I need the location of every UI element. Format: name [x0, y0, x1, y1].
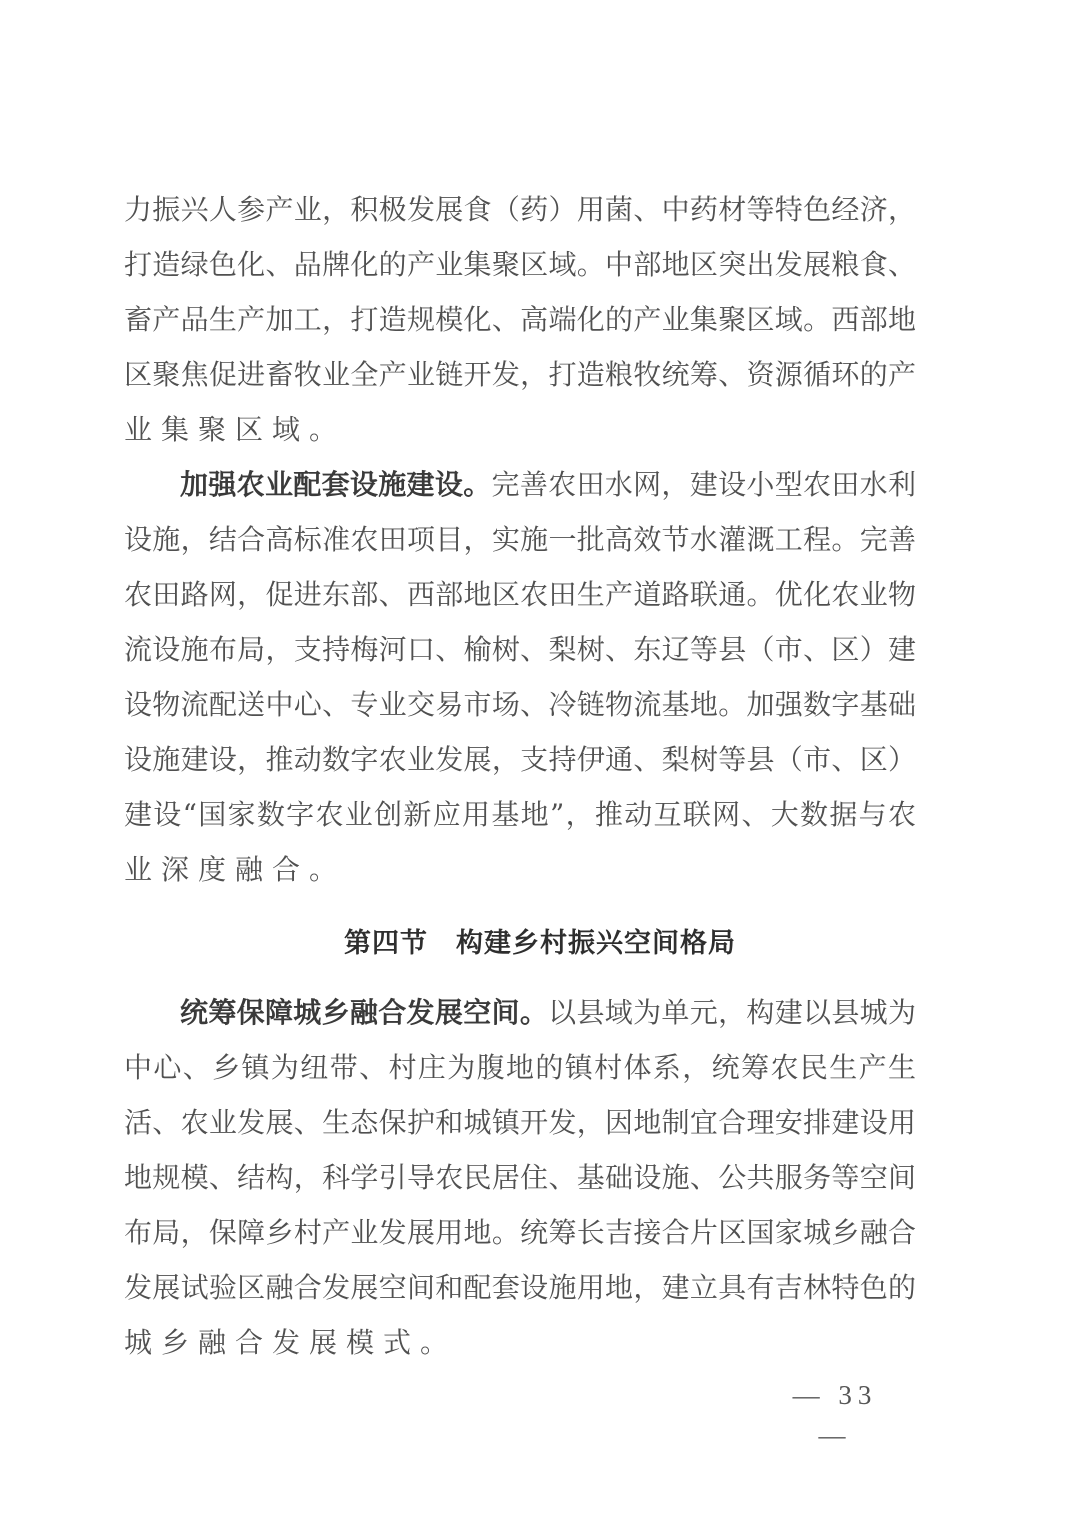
- section-title: 构建乡村振兴空间格局: [456, 928, 736, 959]
- paragraph-3-line-7: 城乡融合发展模式。: [124, 1323, 916, 1363]
- paragraph-2-line-4: 流设施布局，支持梅河口、榆树、梨树、东辽等县（市、区）建: [124, 630, 916, 670]
- section-heading: 第四节构建乡村振兴空间格局: [0, 922, 1080, 966]
- paragraph-3-line-2: 中心、乡镇为纽带、村庄为腹地的镇村体系，统筹农民生产生: [124, 1048, 916, 1088]
- paragraph-3-lead: 统筹保障城乡融合发展空间。: [180, 996, 548, 1029]
- paragraph-3-line-1-text: 以县域为单元，构建以县城为: [548, 996, 916, 1029]
- paragraph-2-line-2: 设施，结合高标准农田项目，实施一批高效节水灌溉工程。完善: [124, 520, 916, 560]
- paragraph-1-line-1: 力振兴人参产业，积极发展食（药）用菌、中药材等特色经济，: [124, 190, 916, 230]
- page-number: — 33 —: [775, 1375, 895, 1415]
- paragraph-3-line-3: 活、农业发展、生态保护和城镇开发，因地制宜合理安排建设用: [124, 1103, 916, 1143]
- paragraph-3-line-6: 发展试验区融合发展空间和配套设施用地，建立具有吉林特色的: [124, 1268, 916, 1308]
- paragraph-1-line-5: 业集聚区域。: [124, 410, 916, 450]
- section-number: 第四节: [344, 928, 428, 959]
- paragraph-3-line-1: 统筹保障城乡融合发展空间。以县域为单元，构建以县城为: [180, 993, 916, 1033]
- paragraph-3-line-5: 布局，保障乡村产业发展用地。统筹长吉接合片区国家城乡融合: [124, 1213, 916, 1253]
- paragraph-2-line-1-text: 完善农田水网，建设小型农田水利: [492, 468, 916, 501]
- paragraph-1-line-3: 畜产品生产加工，打造规模化、高端化的产业集聚区域。西部地: [124, 300, 916, 340]
- paragraph-2-line-6: 设施建设，推动数字农业发展，支持伊通、梨树等县（市、区）: [124, 740, 916, 780]
- document-page: 力振兴人参产业，积极发展食（药）用菌、中药材等特色经济， 打造绿色化、品牌化的产…: [0, 0, 1080, 1527]
- paragraph-2-line-8: 业深度融合。: [124, 850, 916, 890]
- paragraph-2-lead: 加强农业配套设施建设。: [180, 468, 492, 501]
- paragraph-2-line-7: 建设“国家数字农业创新应用基地”，推动互联网、大数据与农: [124, 795, 916, 835]
- paragraph-2-line-1: 加强农业配套设施建设。完善农田水网，建设小型农田水利: [180, 465, 916, 505]
- paragraph-2-line-5: 设物流配送中心、专业交易市场、冷链物流基地。加强数字基础: [124, 685, 916, 725]
- paragraph-1-line-2: 打造绿色化、品牌化的产业集聚区域。中部地区突出发展粮食、: [124, 245, 916, 285]
- paragraph-2-line-3: 农田路网，促进东部、西部地区农田生产道路联通。优化农业物: [124, 575, 916, 615]
- paragraph-3-line-4: 地规模、结构，科学引导农民居住、基础设施、公共服务等空间: [124, 1158, 916, 1198]
- paragraph-1-line-4: 区聚焦促进畜牧业全产业链开发，打造粮牧统筹、资源循环的产: [124, 355, 916, 395]
